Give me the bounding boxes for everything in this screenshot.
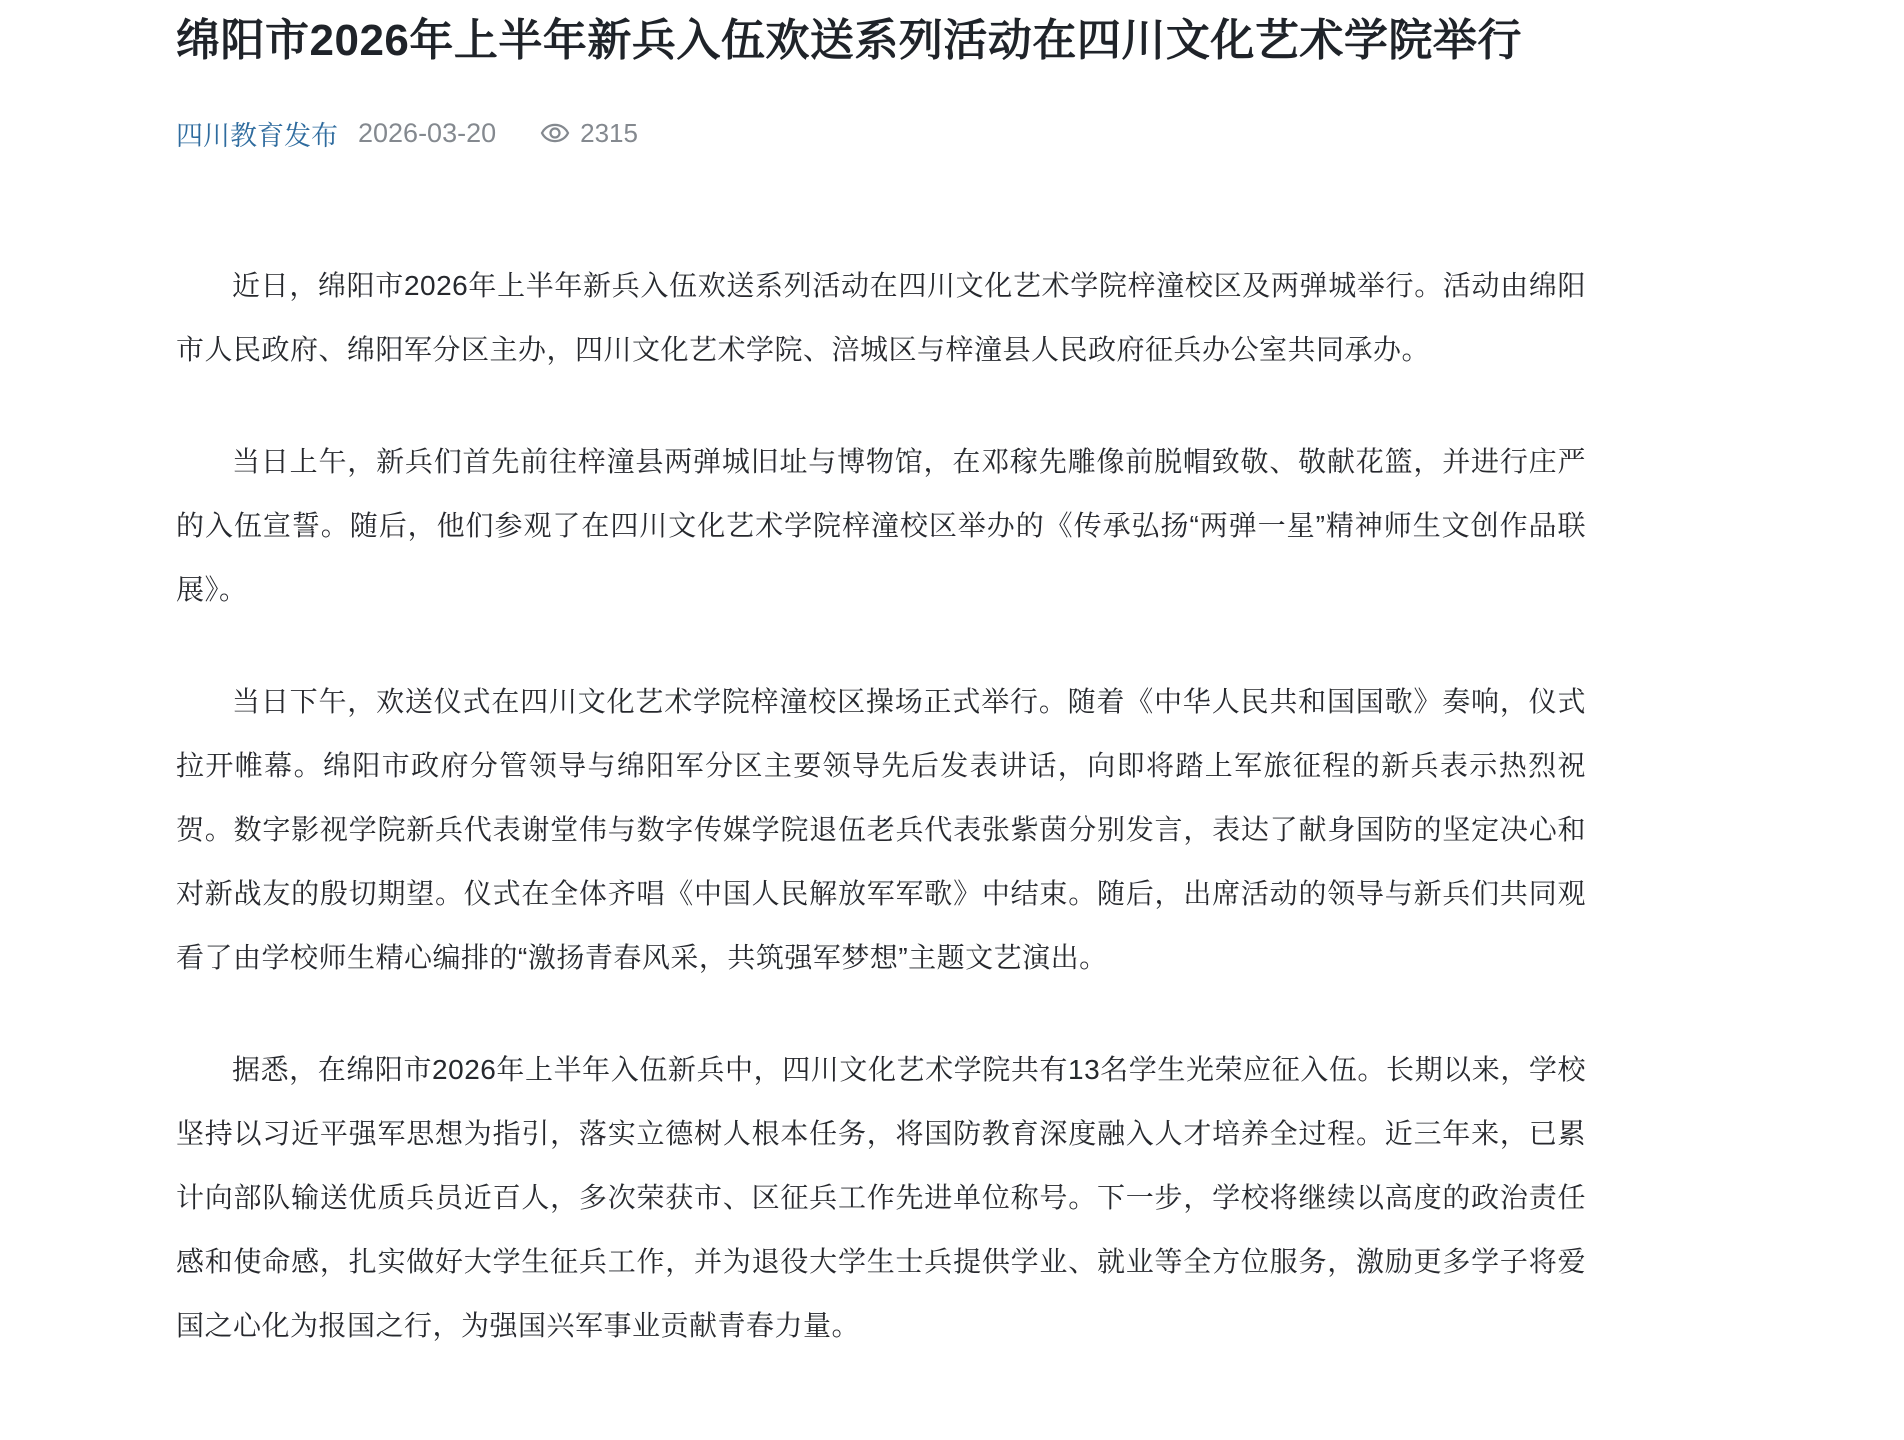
view-count: 2315 (580, 118, 638, 149)
publish-date: 2026-03-20 (358, 118, 496, 149)
article-meta: 四川教育发布 2026-03-20 2315 (176, 116, 1586, 150)
source-link[interactable]: 四川教育发布 (176, 114, 338, 153)
article-paragraph: 当日下午，欢送仪式在四川文化艺术学院梓潼校区操场正式举行。随着《中华人民共和国国… (176, 670, 1586, 990)
article-paragraph: 当日上午，新兵们首先前往梓潼县两弹城旧址与博物馆，在邓稼先雕像前脱帽致敬、敬献花… (176, 430, 1586, 622)
eye-icon (540, 118, 570, 148)
view-counter: 2315 (540, 118, 638, 149)
article-title: 绵阳市2026年上半年新兵入伍欢送系列活动在四川文化艺术学院举行 (176, 12, 1586, 70)
article-container: 绵阳市2026年上半年新兵入伍欢送系列活动在四川文化艺术学院举行 四川教育发布 … (176, 0, 1586, 1358)
article-paragraph: 近日，绵阳市2026年上半年新兵入伍欢送系列活动在四川文化艺术学院梓潼校区及两弹… (176, 254, 1586, 382)
article-paragraph: 据悉，在绵阳市2026年上半年入伍新兵中，四川文化艺术学院共有13名学生光荣应征… (176, 1038, 1586, 1358)
article-body: 近日，绵阳市2026年上半年新兵入伍欢送系列活动在四川文化艺术学院梓潼校区及两弹… (176, 254, 1586, 1358)
